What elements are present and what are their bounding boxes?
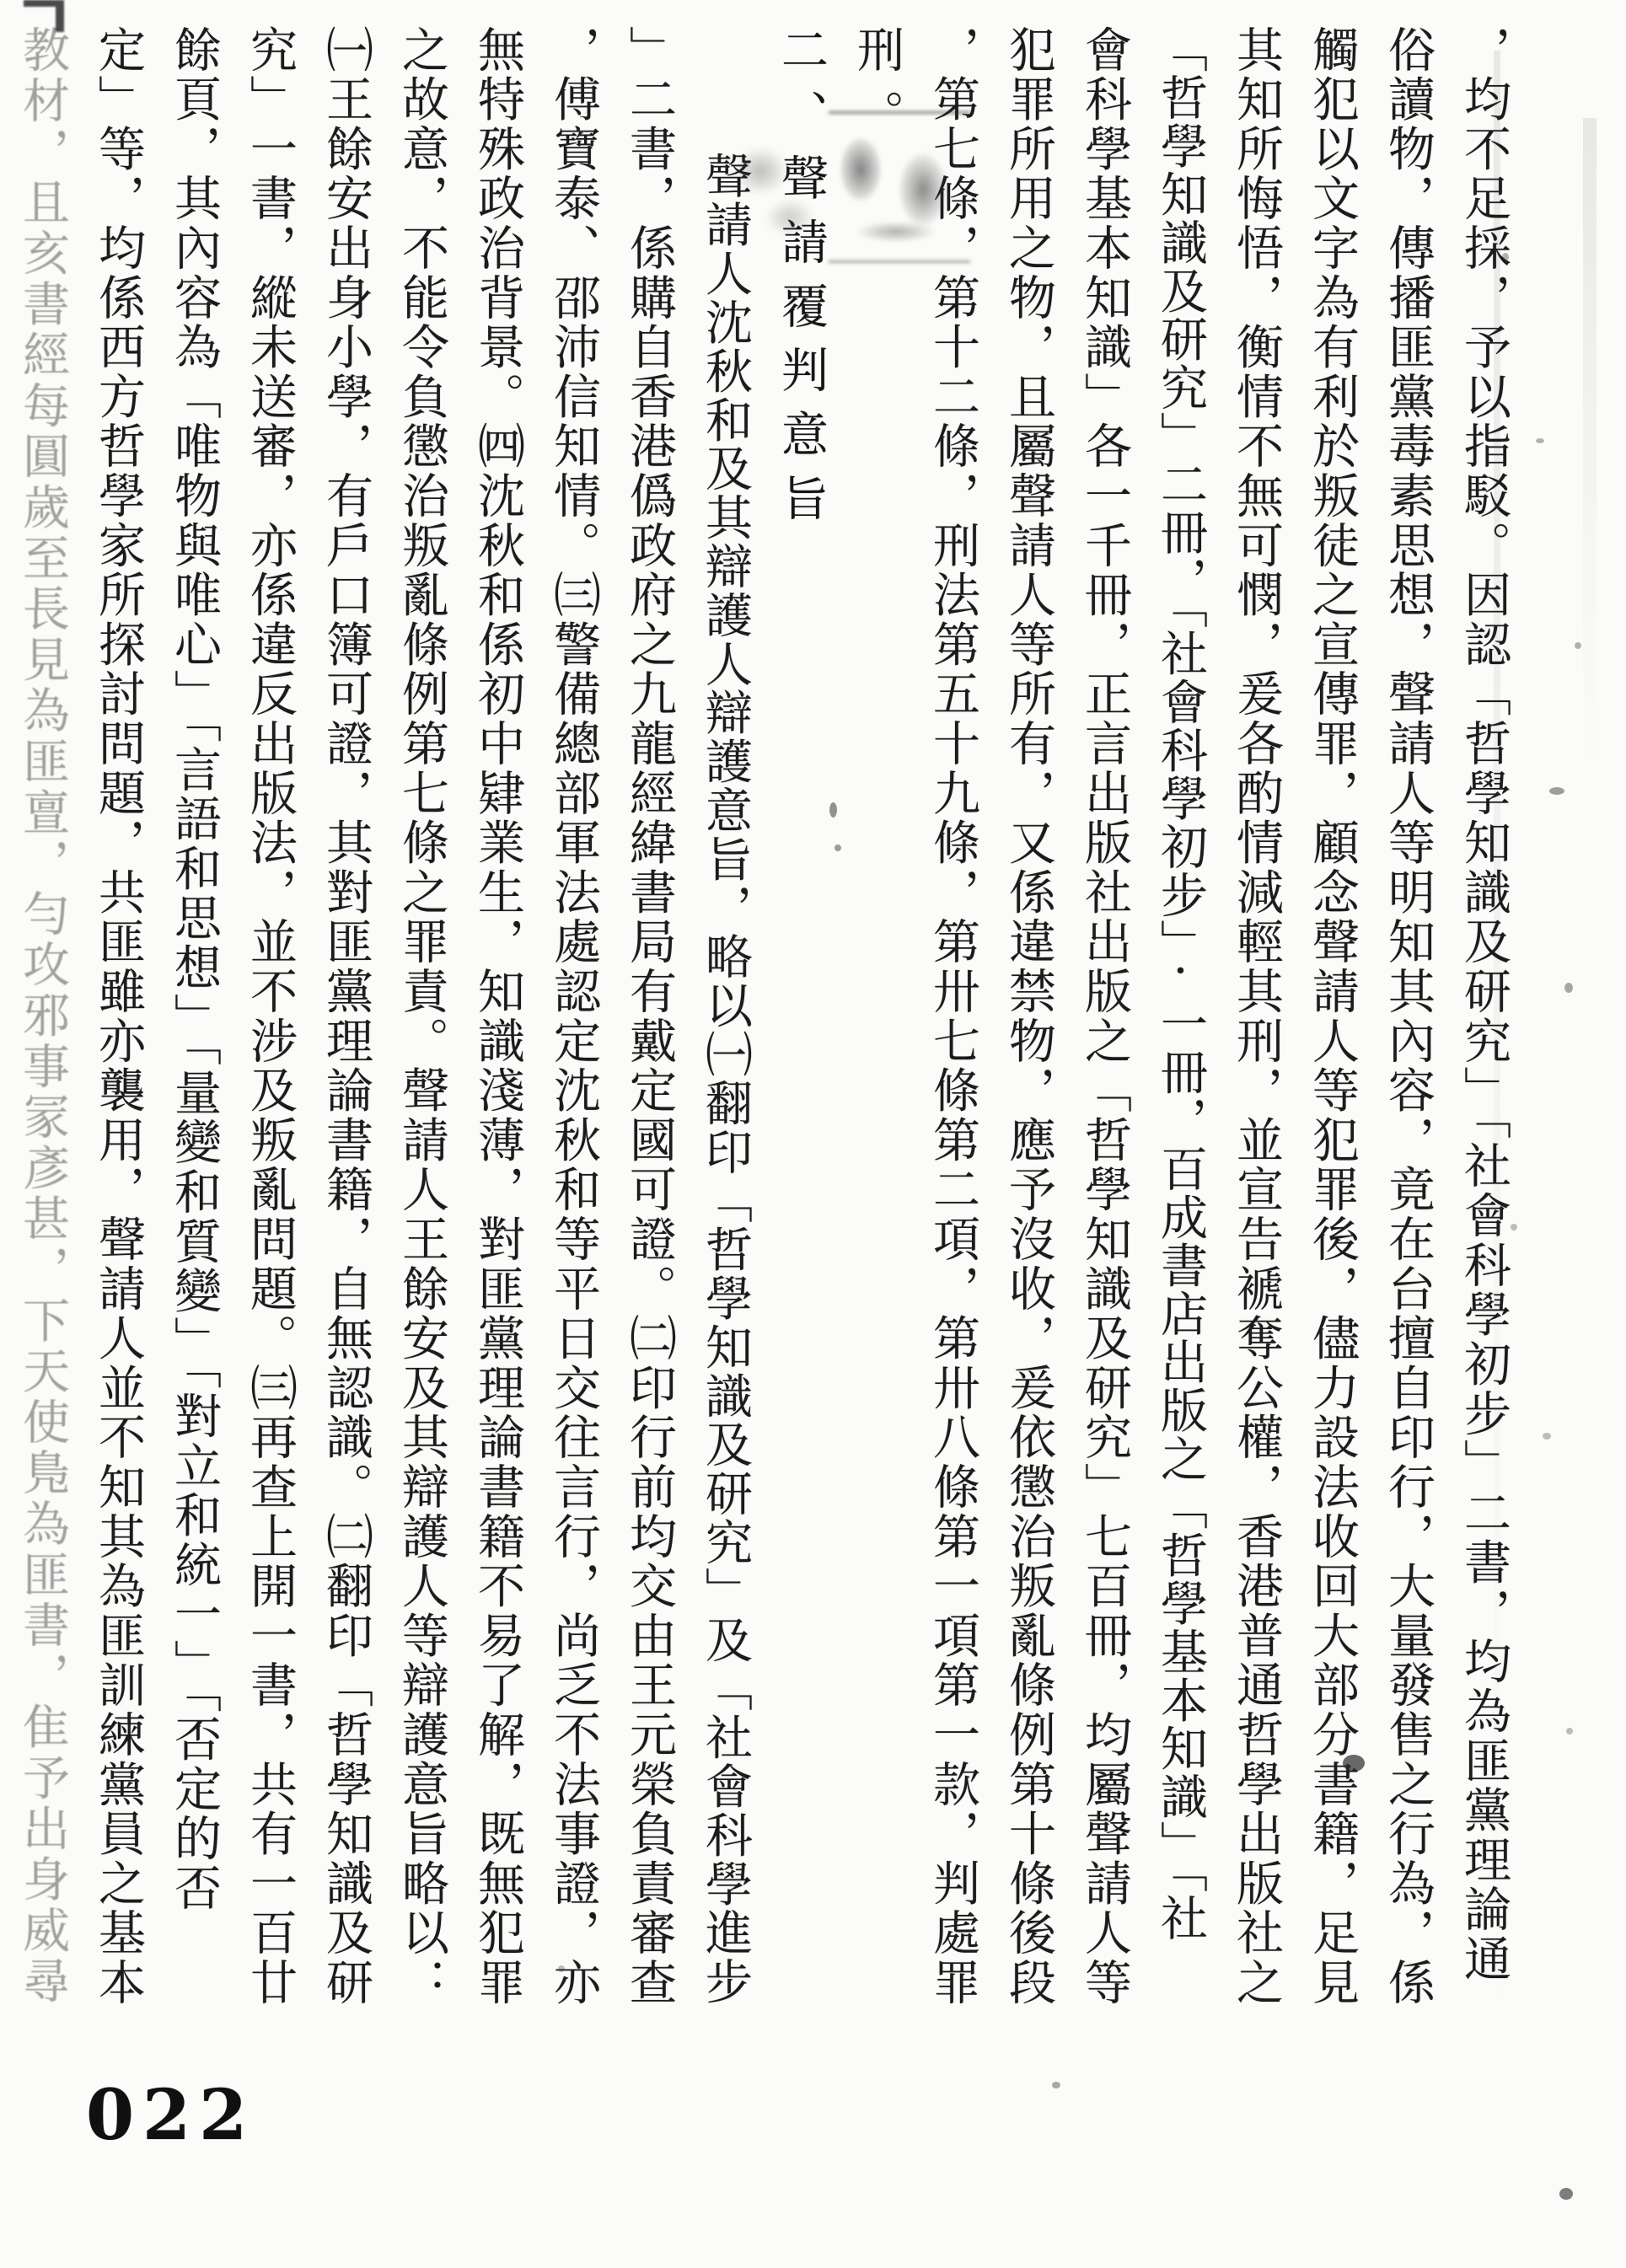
page-number: 022 bbox=[86, 2075, 255, 2156]
text-column: 聲請人沈秋和及其辯護人辯護意旨，略以㈠翻印「哲學知識及研究」及「社會科學進步 bbox=[687, 25, 763, 2073]
ink-speck bbox=[834, 844, 841, 851]
text-column: 犯罪所用之物，且屬聲請人等所有，又係違禁物，應予沒收，爰依懲治叛亂條例第十條後段 bbox=[990, 25, 1066, 2073]
text-column: 究」一書，縱未送審，亦係違反出版法，並不涉及叛亂問題。㈢再查上開一書，共有一百廿 bbox=[232, 25, 308, 2073]
ink-speck bbox=[1564, 983, 1573, 993]
text-columns: ，均不足採，予以指駁。因認「哲學知識及研究」「社會科學初步」二書，均為匪黨理論通… bbox=[4, 25, 1521, 2073]
ink-speck bbox=[1549, 787, 1564, 795]
ink-speck bbox=[1502, 253, 1509, 261]
text-column: 「哲學知識及研究」二冊，「社會科學初步」·一冊，百成書店出版之「哲學基本知識」「… bbox=[1142, 25, 1218, 2073]
ink-speck bbox=[1543, 1433, 1551, 1440]
text-column: 俗讀物，傳播匪黨毒素思想，聲請人等明知其內容，竟在台擅自印行，大量發售之行為，係 bbox=[1370, 25, 1446, 2073]
ink-speck bbox=[1559, 2188, 1573, 2200]
section-heading: 二、聲請覆判意旨 bbox=[763, 25, 839, 2073]
text-column: 刑。 bbox=[839, 25, 915, 2073]
text-column: 餘頁，其內容為「唯物與唯心」「言語和思想」「量變和質變」「對立和統一」「否定的否 bbox=[156, 25, 232, 2073]
scan-streak bbox=[1494, 51, 1500, 2056]
ink-speck bbox=[1052, 2082, 1060, 2088]
text-column: ㈠王餘安出身小學，有戶口簿可證，其對匪黨理論書籍，自無認識。㈡翻印「哲學知識及研 bbox=[308, 25, 384, 2073]
text-column: ，第七條，第十二條，刑法第五十九條，第卅七條第二項，第卅八條第一項第一款，判處罪 bbox=[915, 25, 990, 2073]
text-column: 會科學基本知識」各一千冊，正言出版社出版之「哲學知識及研究」七百冊，均屬聲請人等 bbox=[1066, 25, 1142, 2073]
text-column: 」二書，係購自香港僞政府之九龍經緯書局有戴定國可證。㈡印行前均交由王元榮負責審查 bbox=[611, 25, 687, 2073]
ink-speck bbox=[1536, 438, 1544, 443]
ink-speck bbox=[1566, 1728, 1573, 1735]
ink-speck bbox=[829, 802, 837, 818]
ink-smudge bbox=[710, 125, 836, 251]
ink-speck bbox=[1575, 642, 1581, 649]
text-column: ，均不足採，予以指駁。因認「哲學知識及研究」「社會科學初步」二書，均為匪黨理論通 bbox=[1446, 25, 1521, 2073]
document-page: ，均不足採，予以指駁。因認「哲學知識及研究」「社會科學初步」二書，均為匪黨理論通… bbox=[0, 0, 1626, 2268]
scan-streak bbox=[1583, 118, 1596, 775]
scan-corner-mark bbox=[24, 0, 64, 32]
ink-speck bbox=[558, 1965, 565, 1972]
text-column: 無特殊政治背景。㈣沈秋和係初中肄業生，知識淺薄，對匪黨理論書籍不易了解，既無犯罪 bbox=[459, 25, 535, 2073]
ink-speck bbox=[1343, 1755, 1365, 1772]
text-column: ，傅寶泰、邵沛信知情。㈢警備總部軍法處認定沈秋和等平日交往言行，尚乏不法事證，亦 bbox=[535, 25, 611, 2073]
text-column: 定」等，均係西方哲學家所探討問題，共匪雖亦襲用，聲請人並不知其為匪訓練黨員之基本 bbox=[80, 25, 156, 2073]
text-column: 教材，且亥書經每圓歲至長見為匪亶，勻攻邪事冡彥甚，下天使鳬為匪書，隹予出身威尋 bbox=[4, 25, 80, 2073]
text-column: 之故意，不能令負懲治叛亂條例第七條之罪責。聲請人王餘安及其辯護人等辯護意旨略以： bbox=[384, 25, 459, 2073]
ink-speck bbox=[1511, 1224, 1517, 1231]
illegible-ink-stamp-icon bbox=[829, 111, 970, 263]
text-column: 其知所悔悟，衡情不無可憫，爰各酌情減輕其刑，並宣告褫奪公權，香港普通哲學出版社之 bbox=[1218, 25, 1294, 2073]
